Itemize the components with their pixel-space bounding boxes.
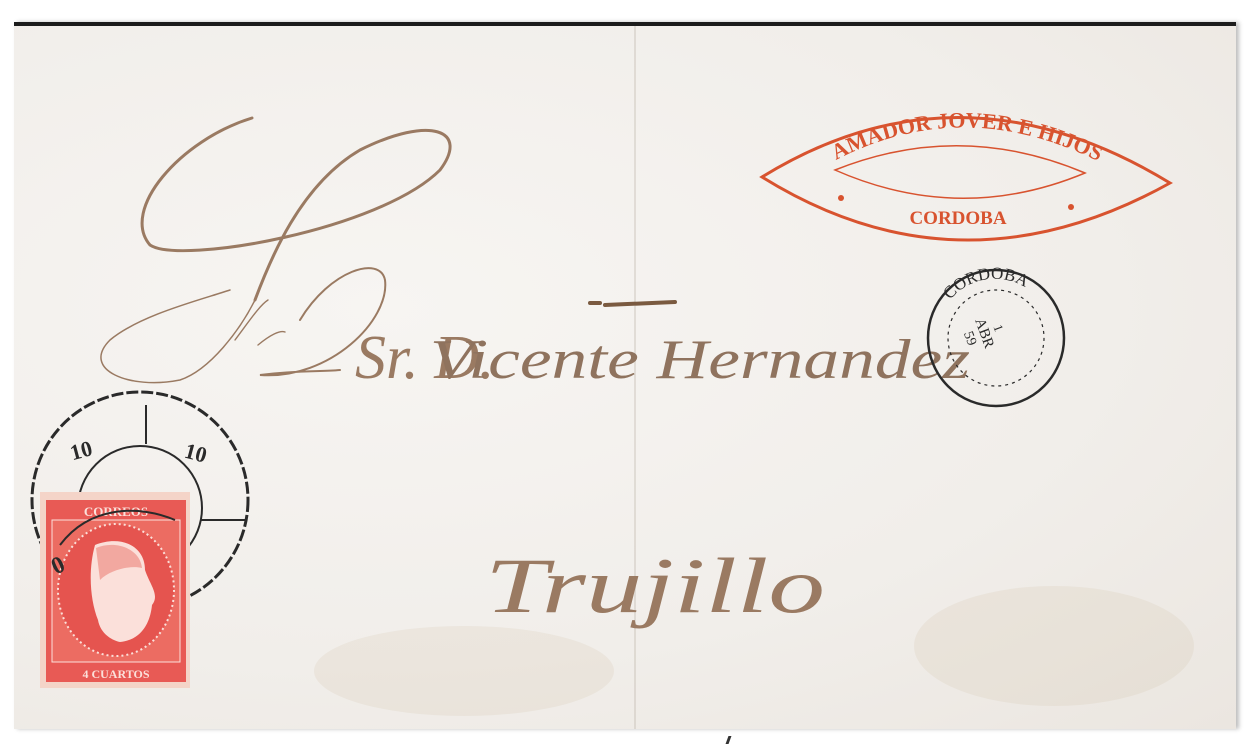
address-line-name: Sr. D. Vicente Hernandez [235,268,970,392]
stamp-bottom-text: 4 CUARTOS [82,667,149,681]
cancel-number-right: 10 [182,438,210,468]
postage-stamp: CORREOS 4 CUARTOS 0 [40,492,190,688]
datestamp-town: CORDOBA [939,264,1032,303]
merchant-cachet: AMADOR JOVER E HIJOS CORDOBA [762,107,1170,240]
cachet-line2: CORDOBA [909,208,1006,229]
address-name: Vicente Hernandez [430,329,970,391]
cover-markings: Sr. D. Vicente Hernandez Trujillo AMADOR… [0,0,1258,746]
cancel-number-left: 10 [67,435,95,465]
address-city: Trujillo [485,542,825,629]
cachet-line1: AMADOR JOVER E HIJOS [827,107,1107,165]
